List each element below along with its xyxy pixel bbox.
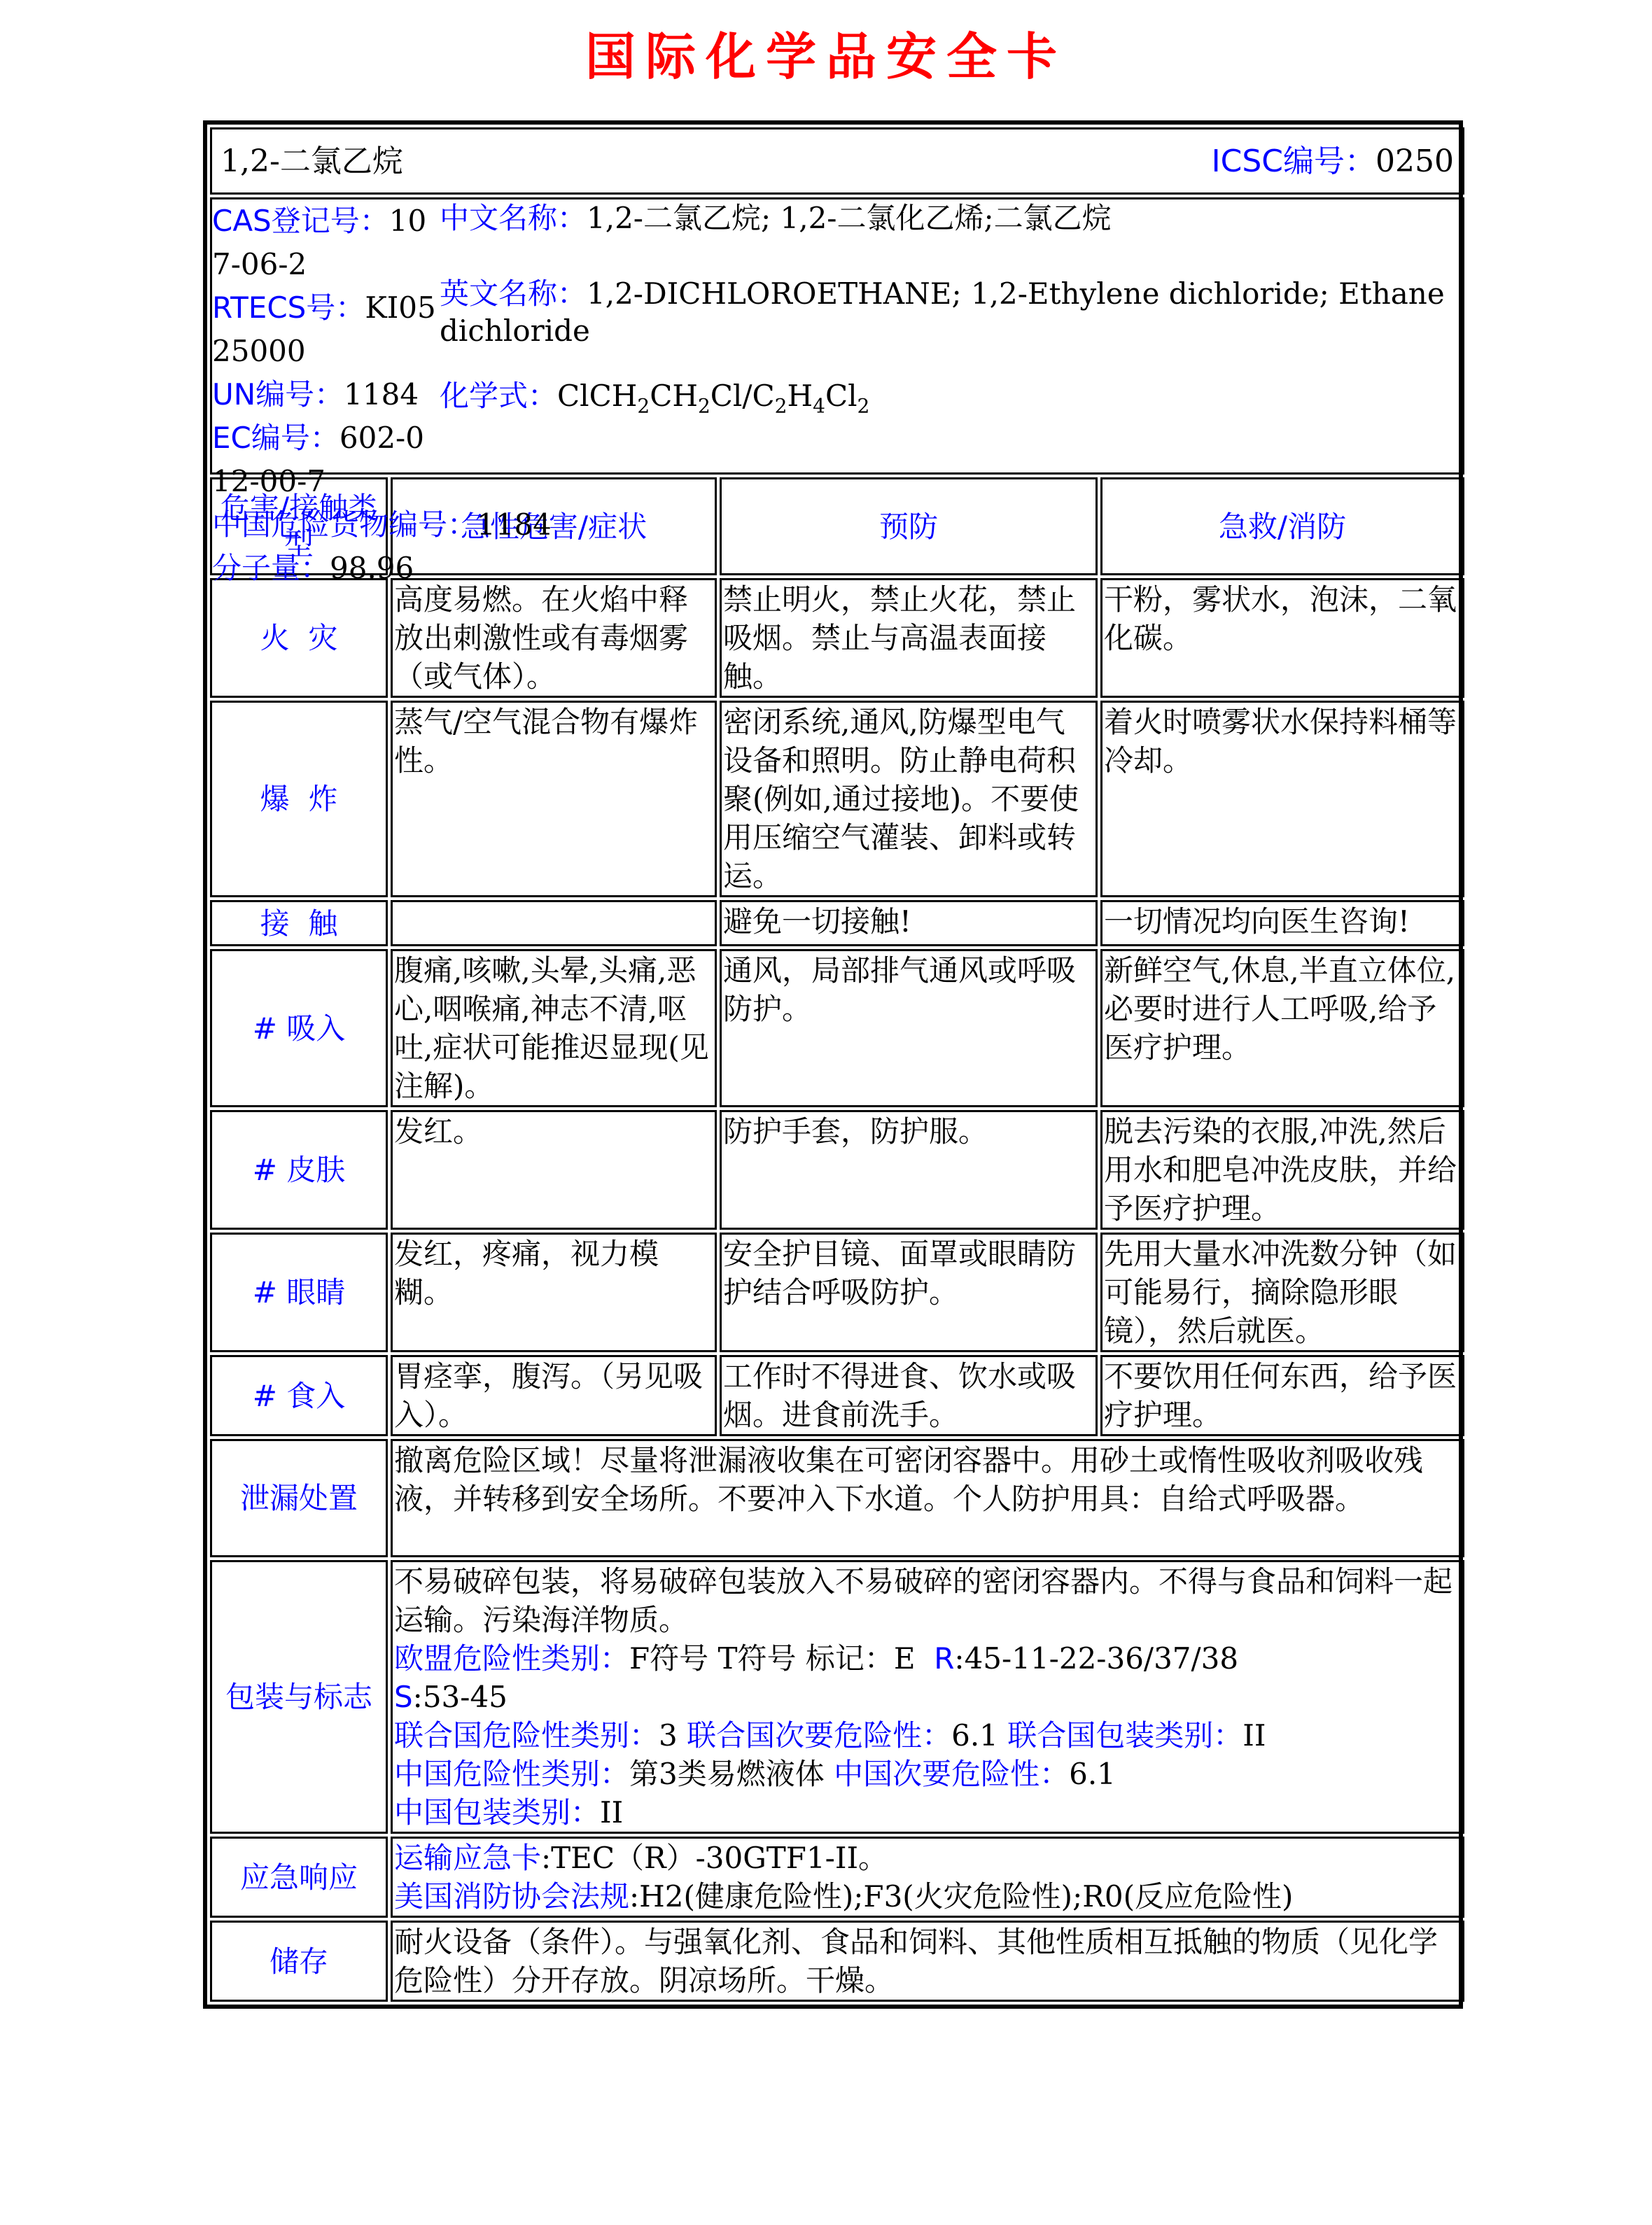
molecular-weight: 分子量：98.96	[212, 547, 436, 590]
symptoms-cell: 高度易燃。在火焰中释放出刺激性或有毒烟雾（或气体）。	[391, 578, 717, 698]
column-header-prevention: 预防	[720, 477, 1098, 575]
row-label: # 眼睛	[210, 1233, 388, 1352]
symptoms-cell: 胃痉挛，腹泻。（另见吸入）。	[391, 1355, 717, 1436]
prevention-cell: 密闭系统,通风,防爆型电气设备和照明。防止静电荷积聚(例如,通过接地)。不要使用…	[720, 701, 1098, 897]
name-block: 中文名称：1,2-二氯乙烷; 1,2-二氯化乙烯;二氯乙烷 英文名称：1,2-D…	[440, 199, 1455, 414]
row-label: # 食入	[210, 1355, 388, 1436]
rtecs-number: RTECS号：KI0525000	[212, 286, 436, 373]
transport-emergency-card: 运输应急卡:TEC（R）-30GTF1-II。	[394, 1839, 1461, 1877]
substance-name: 1,2-二氯乙烷	[220, 142, 403, 181]
hazard-row-explosion: 爆 炸 蒸气/空气混合物有爆炸性。 密闭系统,通风,防爆型电气设备和照明。防止静…	[210, 701, 1464, 897]
row-label: # 皮肤	[210, 1110, 388, 1230]
name-row: 1,2-二氯乙烷 ICSC编号：0250	[210, 127, 1464, 195]
symptoms-cell: 发红，疼痛，视力模糊。	[391, 1233, 717, 1352]
ec-number: EC编号：602-012-00-7	[212, 416, 436, 503]
packaging-cell: 不易破碎包装，将易破碎包装放入不易破碎的密闭容器内。不得与食品和饲料一起运输。污…	[391, 1560, 1464, 1834]
chemical-formula: 化学式：ClCH2CH2Cl/C2H4Cl2	[440, 377, 1455, 414]
prevention-cell: 通风，局部排气通风或呼吸防护。	[720, 949, 1098, 1107]
china-dangerous-goods-number: 中国危险货物编号：1184	[212, 503, 436, 547]
prevention-cell: 禁止明火，禁止火花，禁止吸烟。禁止与高温表面接触。	[720, 578, 1098, 698]
un-classification: 联合国危险性类别：3 联合国次要危险性：6.1 联合国包装类别：II	[394, 1716, 1461, 1755]
row-label: 火 灾	[210, 578, 388, 698]
cas-number: CAS登记号：107-06-2	[212, 199, 436, 286]
symptoms-cell: 腹痛,咳嗽,头晕,头痛,恶心,咽喉痛,神志不清,呕吐,症状可能推迟显现(见注解)…	[391, 949, 717, 1107]
row-label: 应急响应	[210, 1837, 388, 1918]
eu-classification: 欧盟危险性类别：F符号 T符号 标记：E R:45-11-22-36/37/38	[394, 1639, 1461, 1678]
storage-row: 储存 耐火设备（条件）。与强氧化剂、食品和饲料、其他性质相互抵触的物质（见化学危…	[210, 1921, 1464, 2002]
english-name: 英文名称：1,2-DICHLOROETHANE; 1,2-Ethylene di…	[440, 275, 1455, 349]
row-label: 储存	[210, 1921, 388, 2002]
first-aid-cell: 脱去污染的衣服,冲洗,然后用水和肥皂冲洗皮肤，并给予医疗护理。	[1100, 1110, 1464, 1230]
symptoms-cell: 蒸气/空气混合物有爆炸性。	[391, 701, 717, 897]
card-table: 1,2-二氯乙烷 ICSC编号：0250 CAS登记号：107-06-2 RTE…	[207, 125, 1467, 2005]
spill-row: 泄漏处置 撤离危险区域！尽量将泄漏液收集在可密闭容器中。用砂土或惰性吸收剂吸收残…	[210, 1439, 1464, 1557]
symptoms-cell: 发红。	[391, 1110, 717, 1230]
prevention-cell: 避免一切接触!	[720, 900, 1098, 946]
packaging-text: 不易破碎包装，将易破碎包装放入不易破碎的密闭容器内。不得与食品和饲料一起运输。污…	[394, 1562, 1461, 1639]
prevention-cell: 防护手套，防护服。	[720, 1110, 1098, 1230]
nfpa-code: 美国消防协会法规:H2(健康危险性);F3(火灾危险性);R0(反应危险性)	[394, 1877, 1461, 1916]
hazard-row-ingestion: # 食入 胃痉挛，腹泻。（另见吸入）。 工作时不得进食、饮水或吸烟。进食前洗手。…	[210, 1355, 1464, 1436]
first-aid-cell: 一切情况均向医生咨询!	[1100, 900, 1464, 946]
row-label: 泄漏处置	[210, 1439, 388, 1557]
identifier-list: CAS登记号：107-06-2 RTECS号：KI0525000 UN编号：11…	[212, 199, 436, 590]
icsc-label: ICSC编号：	[1212, 143, 1375, 179]
identifiers-row: CAS登记号：107-06-2 RTECS号：KI0525000 UN编号：11…	[210, 197, 1464, 475]
emergency-cell: 运输应急卡:TEC（R）-30GTF1-II。 美国消防协会法规:H2(健康危险…	[391, 1837, 1464, 1918]
column-header-first-aid: 急救/消防	[1100, 477, 1464, 575]
icsc-value: 0250	[1375, 143, 1454, 179]
hazard-row-eyes: # 眼睛 发红，疼痛，视力模糊。 安全护目镜、面罩或眼睛防护结合呼吸防护。 先用…	[210, 1233, 1464, 1352]
un-number: UN编号：1184	[212, 373, 436, 416]
row-label: 爆 炸	[210, 701, 388, 897]
symptoms-cell	[391, 900, 717, 946]
page-title: 国际化学品安全卡	[0, 25, 1652, 88]
row-label: # 吸入	[210, 949, 388, 1107]
chinese-name: 中文名称：1,2-二氯乙烷; 1,2-二氯化乙烯;二氯乙烷	[440, 199, 1455, 237]
safety-card: 1,2-二氯乙烷 ICSC编号：0250 CAS登记号：107-06-2 RTE…	[203, 120, 1463, 2009]
spill-text: 撤离危险区域！尽量将泄漏液收集在可密闭容器中。用砂土或惰性吸收剂吸收残液，并转移…	[391, 1439, 1464, 1557]
s-phrases: S:53-45	[394, 1678, 1461, 1716]
prevention-cell: 工作时不得进食、饮水或吸烟。进食前洗手。	[720, 1355, 1098, 1436]
storage-text: 耐火设备（条件）。与强氧化剂、食品和饲料、其他性质相互抵触的物质（见化学危险性）…	[391, 1921, 1464, 2002]
hazard-row-inhalation: # 吸入 腹痛,咳嗽,头晕,头痛,恶心,咽喉痛,神志不清,呕吐,症状可能推迟显现…	[210, 949, 1464, 1107]
china-packing-group: 中国包装类别：II	[394, 1793, 1461, 1832]
first-aid-cell: 干粉，雾状水，泡沫，二氧化碳。	[1100, 578, 1464, 698]
china-classification: 中国危险性类别：第3类易燃液体 中国次要危险性：6.1	[394, 1755, 1461, 1793]
icsc-number: ICSC编号：0250	[1212, 142, 1454, 181]
first-aid-cell: 新鲜空气,休息,半直立体位,必要时进行人工呼吸,给予医疗护理。	[1100, 949, 1464, 1107]
first-aid-cell: 不要饮用任何东西，给予医疗护理。	[1100, 1355, 1464, 1436]
identifiers-cell: CAS登记号：107-06-2 RTECS号：KI0525000 UN编号：11…	[210, 197, 1464, 475]
hazard-row-fire: 火 灾 高度易燃。在火焰中释放出刺激性或有毒烟雾（或气体）。 禁止明火，禁止火花…	[210, 578, 1464, 698]
hazard-row-contact: 接 触 避免一切接触! 一切情况均向医生咨询!	[210, 900, 1464, 946]
name-cell: 1,2-二氯乙烷 ICSC编号：0250	[210, 127, 1464, 195]
packaging-row: 包装与标志 不易破碎包装，将易破碎包装放入不易破碎的密闭容器内。不得与食品和饲料…	[210, 1560, 1464, 1834]
first-aid-cell: 先用大量水冲洗数分钟（如可能易行，摘除隐形眼镜），然后就医。	[1100, 1233, 1464, 1352]
row-label: 包装与标志	[210, 1560, 388, 1834]
row-label: 接 触	[210, 900, 388, 946]
hazard-row-skin: # 皮肤 发红。 防护手套，防护服。 脱去污染的衣服,冲洗,然后用水和肥皂冲洗皮…	[210, 1110, 1464, 1230]
prevention-cell: 安全护目镜、面罩或眼睛防护结合呼吸防护。	[720, 1233, 1098, 1352]
first-aid-cell: 着火时喷雾状水保持料桶等冷却。	[1100, 701, 1464, 897]
emergency-row: 应急响应 运输应急卡:TEC（R）-30GTF1-II。 美国消防协会法规:H2…	[210, 1837, 1464, 1918]
